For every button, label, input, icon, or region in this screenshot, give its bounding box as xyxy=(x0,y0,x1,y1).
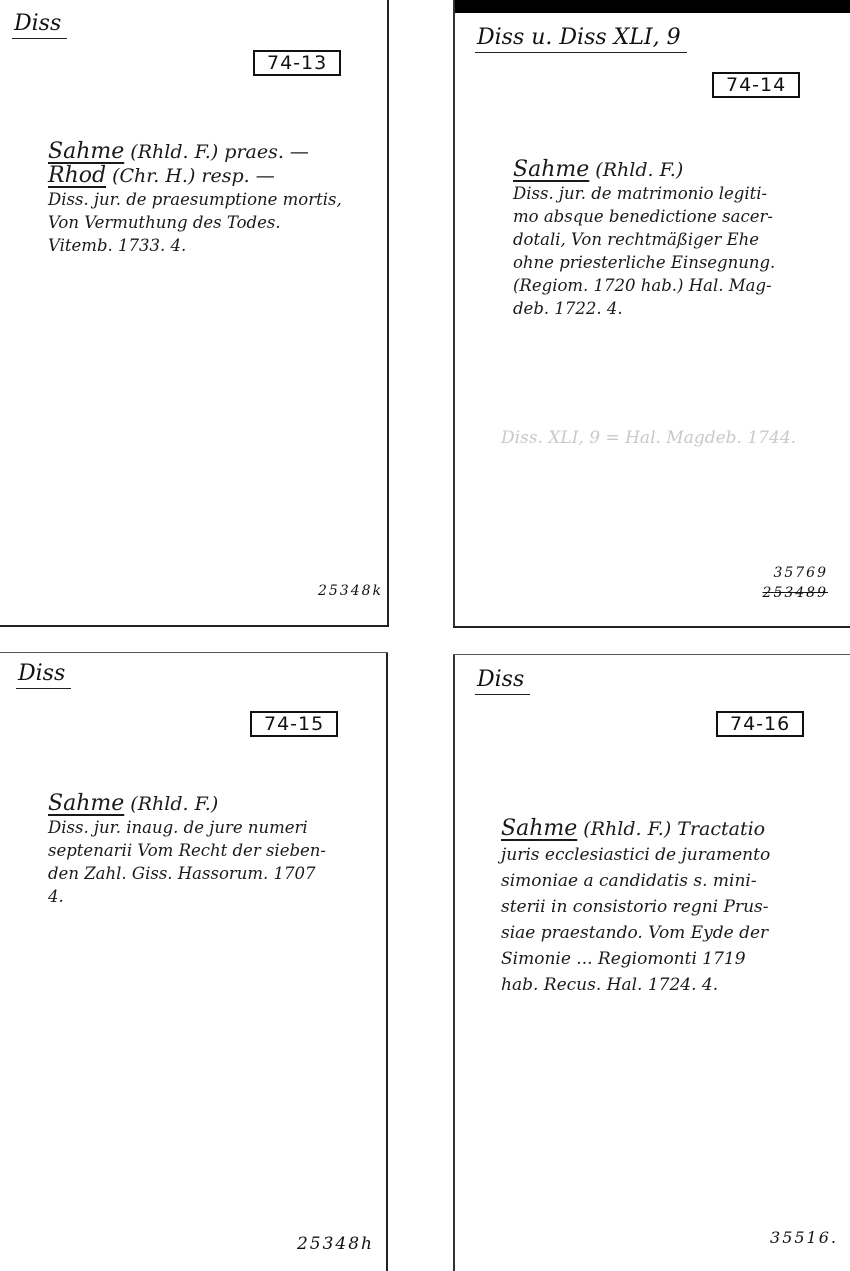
accession-number: 35769 xyxy=(773,565,828,581)
accession-number: 25348h xyxy=(297,1234,374,1254)
author-name: Sahme xyxy=(501,816,577,841)
card-edge xyxy=(0,625,389,627)
shelf-mark: Diss u. Diss XLI, 9 xyxy=(475,26,687,53)
title-line: siae praestando. Vom Eyde der xyxy=(501,920,770,946)
respondent-line: Rhod (Chr. H.) resp. — xyxy=(48,164,342,188)
imprint-line: hab. Recus. Hal. 1724. 4. xyxy=(501,972,770,998)
pencil-note: Diss. XLI, 9 = Hal. Magdeb. 1744. xyxy=(501,428,796,448)
title-line: sterii in consistorio regni Prus- xyxy=(501,894,770,920)
call-number: 74-16 xyxy=(716,711,804,737)
call-number: 74-14 xyxy=(712,72,800,98)
title-line: simoniae a candidatis s. mini- xyxy=(501,868,770,894)
title-line: dotali, Von rechtmäßiger Ehe xyxy=(513,228,775,251)
title-line: Diss. jur. de matrimonio legiti- xyxy=(513,182,775,205)
catalog-card-74-14: Diss u. Diss XLI, 9 74-14 Sahme (Rhld. F… xyxy=(453,0,850,628)
title-line: Diss. jur. inaug. de jure numeri xyxy=(48,816,326,839)
card-edge xyxy=(387,0,389,627)
scan-border xyxy=(453,0,850,13)
imprint-line: den Zahl. Giss. Hassorum. 1707 xyxy=(48,862,326,885)
card-edge xyxy=(386,652,388,1271)
title-line: mo absque benedictione sacer- xyxy=(513,205,775,228)
shelf-mark: Diss xyxy=(16,662,71,689)
catalog-card-74-13: Diss 74-13 Sahme (Rhld. F.) praes. — Rho… xyxy=(0,0,389,627)
call-number: 74-15 xyxy=(250,711,338,737)
accession-number-struck: 253489 xyxy=(763,585,828,601)
author-line: Sahme (Rhld. F.) Tractatio xyxy=(501,816,770,842)
accession-number: 25348k xyxy=(318,583,383,599)
card-edge xyxy=(453,654,455,1271)
catalog-entry: Sahme (Rhld. F.) Diss. jur. inaug. de ju… xyxy=(48,792,326,908)
author-line: Sahme (Rhld. F.) xyxy=(513,158,775,182)
catalog-entry: Sahme (Rhld. F.) Diss. jur. de matrimoni… xyxy=(513,158,775,320)
title-line: juris ecclesiastici de juramento xyxy=(501,842,770,868)
author-details: (Rhld. F.) xyxy=(124,793,218,815)
card-edge xyxy=(453,626,850,628)
imprint-line: Vitemb. 1733. 4. xyxy=(48,234,342,257)
catalog-entry: Sahme (Rhld. F.) Tractatio juris ecclesi… xyxy=(501,816,770,998)
author-details: (Rhld. F.) xyxy=(589,159,683,181)
author-name: Sahme xyxy=(48,139,124,164)
respondent-details: (Chr. H.) resp. — xyxy=(106,165,275,187)
title-line: Diss. jur. de praesumptione mortis, xyxy=(48,188,342,211)
shelf-mark: Diss xyxy=(475,668,530,695)
accession-number: 35516. xyxy=(770,1228,838,1247)
respondent-name: Rhod xyxy=(48,163,106,188)
card-edge xyxy=(0,652,388,653)
imprint-line: 4. xyxy=(48,885,326,908)
imprint-line: deb. 1722. 4. xyxy=(513,297,775,320)
title-line: Von Vermuthung des Todes. xyxy=(48,211,342,234)
catalog-entry: Sahme (Rhld. F.) praes. — Rhod (Chr. H.)… xyxy=(48,140,342,257)
author-details: (Rhld. F.) Tractatio xyxy=(577,818,765,840)
catalog-card-74-16: Diss 74-16 Sahme (Rhld. F.) Tractatio ju… xyxy=(453,654,850,1271)
imprint-line: Simonie ... Regiomonti 1719 xyxy=(501,946,770,972)
author-name: Sahme xyxy=(513,157,589,182)
author-details: (Rhld. F.) praes. — xyxy=(124,141,309,163)
title-line: ohne priesterliche Einsegnung. xyxy=(513,251,775,274)
call-number: 74-13 xyxy=(253,50,341,76)
title-line: septenarii Vom Recht der sieben- xyxy=(48,839,326,862)
shelf-mark: Diss xyxy=(12,12,67,39)
catalog-card-74-15: Diss 74-15 Sahme (Rhld. F.) Diss. jur. i… xyxy=(0,652,388,1271)
author-line: Sahme (Rhld. F.) praes. — xyxy=(48,140,342,164)
imprint-line: (Regiom. 1720 hab.) Hal. Mag- xyxy=(513,274,775,297)
card-edge xyxy=(453,654,850,655)
author-name: Sahme xyxy=(48,791,124,816)
card-edge xyxy=(453,0,455,628)
author-line: Sahme (Rhld. F.) xyxy=(48,792,326,816)
